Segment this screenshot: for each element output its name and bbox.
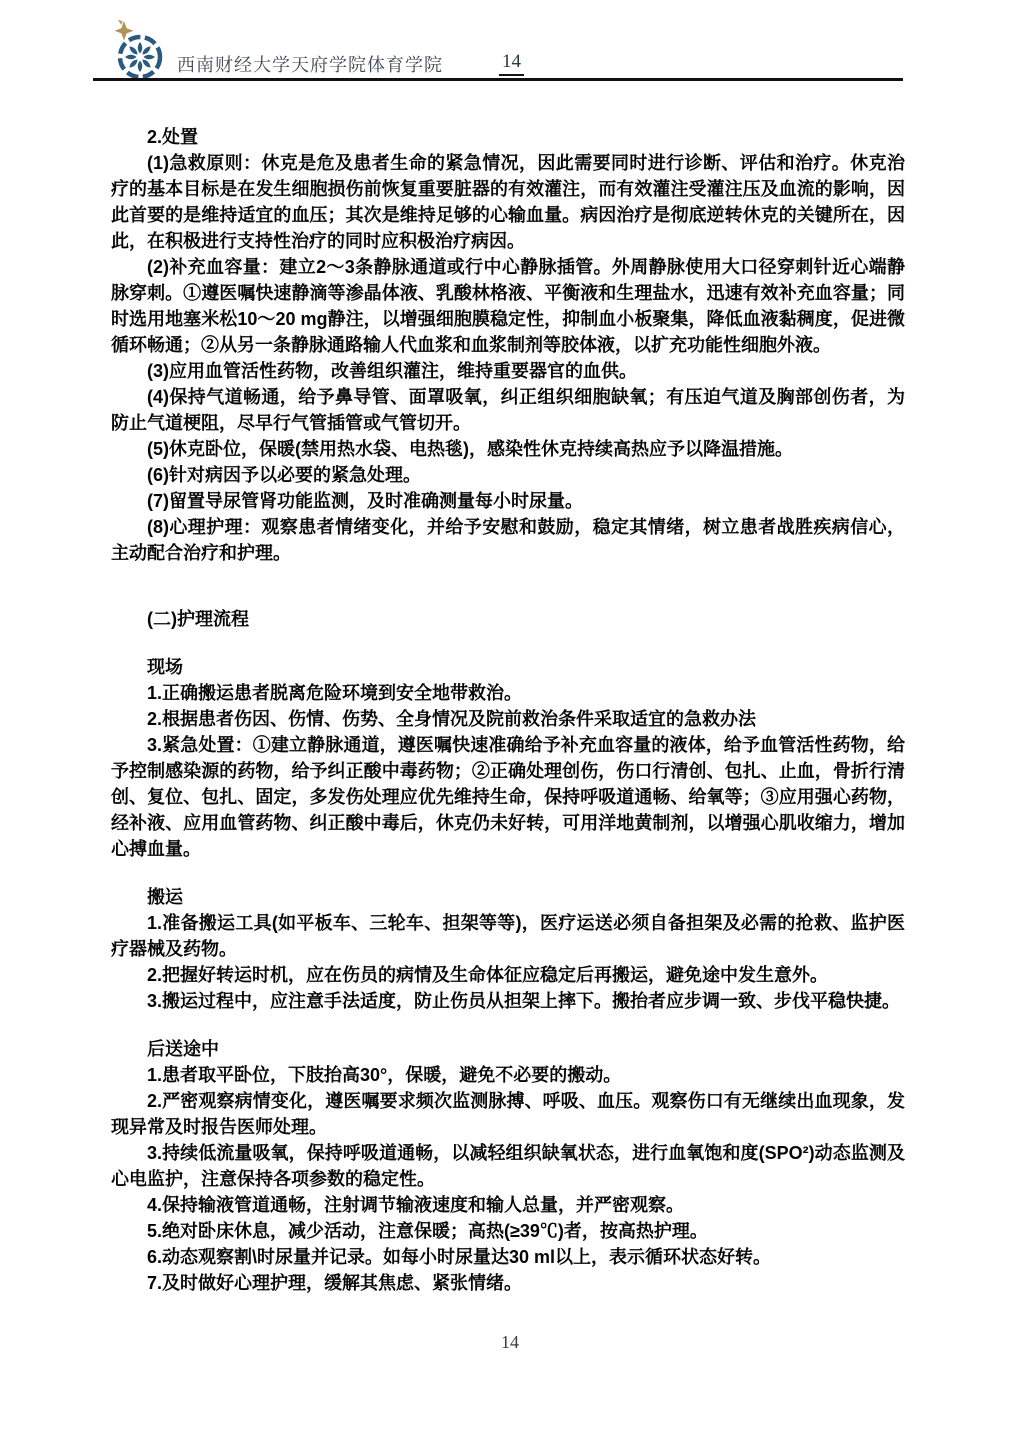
list-item: 2.根据患者伤因、伤情、伤势、全身情况及院前救治条件采取适宜的急救办法 xyxy=(111,706,905,732)
paragraph: (6)针对病因予以必要的紧急处理。 xyxy=(111,462,905,488)
list-item: 3.搬运过程中，应注意手法适度，防止伤员从担架上摔下。搬抬者应步调一致、步伐平稳… xyxy=(111,988,905,1014)
list-item: 2.把握好转运时机，应在伤员的病情及生命体征应稳定后再搬运，避免途中发生意外。 xyxy=(111,962,905,988)
institution-name: 西南财经大学天府学院体育学院 xyxy=(177,51,443,77)
header-page-number: 14 xyxy=(499,51,524,76)
section-heading: 2.处置 xyxy=(111,124,905,150)
list-item: 5.绝对卧床休息，减少活动，注意保暖；高热(≥39℃)者，按高热护理。 xyxy=(111,1218,905,1244)
footer-page-number: 14 xyxy=(0,1332,1020,1353)
paragraph: (2)补充血容量：建立2～3条静脉通道或行中心静脉插管。外周静脉使用大口径穿刺针… xyxy=(111,254,905,358)
header-rule xyxy=(93,78,903,81)
list-item: 6.动态观察割\时尿量并记录。如每小时尿量达30 ml以上，表示循环状态好转。 xyxy=(111,1244,905,1270)
section-heading: (二)护理流程 xyxy=(111,606,905,632)
paragraph: (4)保持气道畅通，给予鼻导管、面罩吸氧，纠正组织细胞缺氧；有压迫气道及胸部创伤… xyxy=(111,384,905,436)
section-heading: 后送途中 xyxy=(111,1036,905,1062)
list-item: 1.患者取平卧位，下肢抬高30°，保暖，避免不必要的搬动。 xyxy=(111,1062,905,1088)
list-item: 2.严密观察病情变化，遵医嘱要求频次监测脉搏、呼吸、血压。观察伤口有无继续出血现… xyxy=(111,1088,905,1140)
paragraph: (1)急救原则：休克是危及患者生命的紧急情况，因此需要同时进行诊断、评估和治疗。… xyxy=(111,150,905,254)
list-item: 7.及时做好心理护理，缓解其焦虑、紧张情绪。 xyxy=(111,1270,905,1296)
list-item: 1.准备搬运工具(如平板车、三轮车、担架等等)，医疗运送必须自备担架及必需的抢救… xyxy=(111,910,905,962)
list-item: 4.保持输液管道通畅，注射调节输液速度和输人总量，并严密观察。 xyxy=(111,1192,905,1218)
document-page: 西南财经大学天府学院体育学院 14 2.处置 (1)急救原则：休克是危及患者生命… xyxy=(0,0,1020,1430)
list-item: 1.正确搬运患者脱离危险环境到安全地带救治。 xyxy=(111,680,905,706)
paragraph: (5)休克卧位，保暖(禁用热水袋、电热毯)，感染性休克持续高热应予以降温措施。 xyxy=(111,436,905,462)
section-heading: 搬运 xyxy=(111,884,905,910)
list-item: 3.持续低流量吸氧，保持呼吸道通畅，以减轻组织缺氧状态，进行血氧饱和度(SPO²… xyxy=(111,1140,905,1192)
paragraph: (3)应用血管活性药物，改善组织灌注，维持重要器官的血供。 xyxy=(111,358,905,384)
document-body: 2.处置 (1)急救原则：休克是危及患者生命的紧急情况，因此需要同时进行诊断、评… xyxy=(111,124,905,1296)
university-emblem-icon xyxy=(112,20,164,80)
section-heading: 现场 xyxy=(111,654,905,680)
list-item: 3.紧急处置：①建立静脉通道，遵医嘱快速准确给予补充血容量的液体，给予血管活性药… xyxy=(111,732,905,862)
page-header: 西南财经大学天府学院体育学院 14 xyxy=(0,0,1020,90)
paragraph: (7)留置导尿管肾功能监测，及时准确测量每小时尿量。 xyxy=(111,488,905,514)
paragraph: (8)心理护理：观察患者情绪变化，并给予安慰和鼓励，稳定其情绪，树立患者战胜疾病… xyxy=(111,514,905,566)
